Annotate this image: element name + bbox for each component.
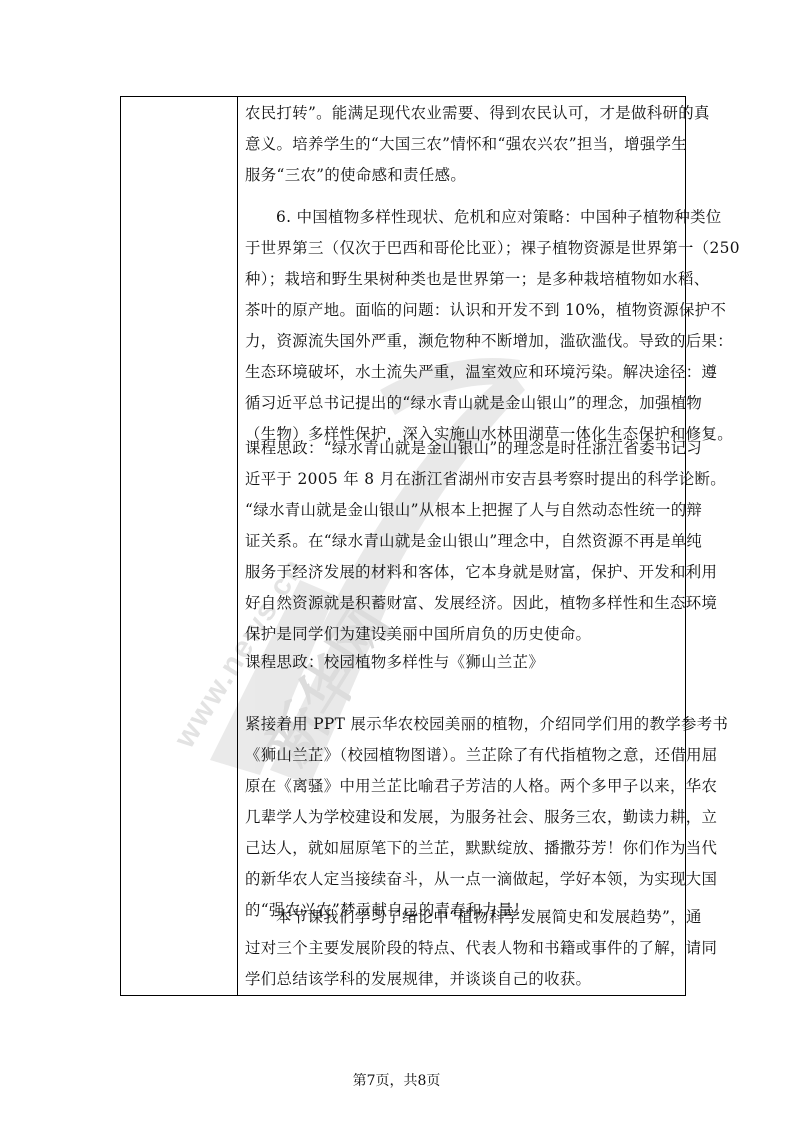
- text-line: 力，资源流失国外严重，濒危物种不断增加，滥砍滥伐。导致的后果：: [245, 326, 679, 357]
- document-page: www.news.cn 新华网 农民打转”。能满足现代农业需要、得到农民认可，才…: [0, 0, 793, 1122]
- table-right-cell: 农民打转”。能满足现代农业需要、得到农民认可，才是做科研的真 意义。培养学生的“…: [238, 97, 685, 995]
- text-line: 学们总结该学科的发展规律，并谈谈自己的收获。: [245, 964, 679, 995]
- text-line: “绿水青山就是金山银山”从根本上把握了人与自然动态性统一的辩: [245, 495, 679, 526]
- paragraph-plant-diversity: 6. 中国植物多样性现状、危机和应对策略：中国种子植物种类位 于世界第三（仅次于…: [245, 202, 679, 450]
- page-number-footer: 第7页，共8页: [0, 1070, 793, 1090]
- text-line: 6. 中国植物多样性现状、危机和应对策略：中国种子植物种类位: [245, 202, 679, 233]
- table-left-cell: [121, 97, 238, 995]
- text-line: 课程思政：“绿水青山就是金山银山”的理念是时任浙江省委书记习: [245, 433, 679, 464]
- text-line: 于世界第三（仅次于巴西和哥伦比亚）；裸子植物资源是世界第一（250: [245, 233, 679, 264]
- paragraph-shishan-lanzhi: 紧接着用 PPT 展示华农校园美丽的植物，介绍同学们用的教学参考书 《狮山兰芷》…: [245, 709, 679, 926]
- paragraph-green-mountains: 课程思政：“绿水青山就是金山银山”的理念是时任浙江省委书记习 近平于 2005 …: [245, 433, 679, 650]
- paragraph-sannong-mission: 农民打转”。能满足现代农业需要、得到农民认可，才是做科研的真 意义。培养学生的“…: [245, 98, 679, 191]
- text-line: 种）；栽培和野生果树种类也是世界第一；是多种栽培植物如水稻、: [245, 264, 679, 295]
- paragraph-lesson-summary: 本节课我们学习了绪论中“植物科学发展简史和发展趋势”，通 过对三个主要发展阶段的…: [245, 902, 679, 995]
- text-line: 紧接着用 PPT 展示华农校园美丽的植物，介绍同学们用的教学参考书: [245, 709, 679, 740]
- text-line: 《狮山兰芷》（校园植物图谱）。兰芷除了有代指植物之意，还借用屈: [245, 740, 679, 771]
- text-line: 保护是同学们为建设美丽中国所肩负的历史使命。: [245, 619, 679, 650]
- paragraph-campus-heading: 课程思政：校园植物多样性与《狮山兰芷》: [245, 647, 679, 678]
- text-line: 近平于 2005 年 8 月在浙江省湖州市安吉县考察时提出的科学论断。: [245, 464, 679, 495]
- text-line: 证关系。在“绿水青山就是金山银山”理念中，自然资源不再是单纯: [245, 526, 679, 557]
- lesson-table: 农民打转”。能满足现代农业需要、得到农民认可，才是做科研的真 意义。培养学生的“…: [120, 96, 686, 996]
- text-line: 生态环境破坏，水土流失严重，温室效应和环境污染。解决途径：遵: [245, 357, 679, 388]
- text-line: 茶叶的原产地。面临的问题：认识和开发不到 10%，植物资源保护不: [245, 295, 679, 326]
- text-line: 循习近平总书记提出的“绿水青山就是金山银山”的理念，加强植物: [245, 388, 679, 419]
- text-line: 服务于经济发展的材料和客体，它本身就是财富，保护、开发和利用: [245, 557, 679, 588]
- text-line: 意义。培养学生的“大国三农”情怀和“强农兴农”担当，增强学生: [245, 129, 679, 160]
- text-line: 本节课我们学习了绪论中“植物科学发展简史和发展趋势”，通: [245, 902, 679, 933]
- text-line: 己达人，就如屈原笔下的兰芷，默默绽放、播撒芬芳！你们作为当代: [245, 833, 679, 864]
- text-line: 农民打转”。能满足现代农业需要、得到农民认可，才是做科研的真: [245, 98, 679, 129]
- text-line: 好自然资源就是积蓄财富、发展经济。因此，植物多样性和生态环境: [245, 588, 679, 619]
- text-line: 原在《离骚》中用兰芷比喻君子芳洁的人格。两个多甲子以来，华农: [245, 771, 679, 802]
- text-line: 过对三个主要发展阶段的特点、代表人物和书籍或事件的了解，请同: [245, 933, 679, 964]
- text-line: 几辈学人为学校建设和发展，为服务社会、服务三农，勤读力耕，立: [245, 802, 679, 833]
- text-line: 课程思政：校园植物多样性与《狮山兰芷》: [245, 647, 679, 678]
- text-line: 服务“三农”的使命感和责任感。: [245, 160, 679, 191]
- text-line: 的新华农人定当接续奋斗，从一点一滴做起，学好本领，为实现大国: [245, 864, 679, 895]
